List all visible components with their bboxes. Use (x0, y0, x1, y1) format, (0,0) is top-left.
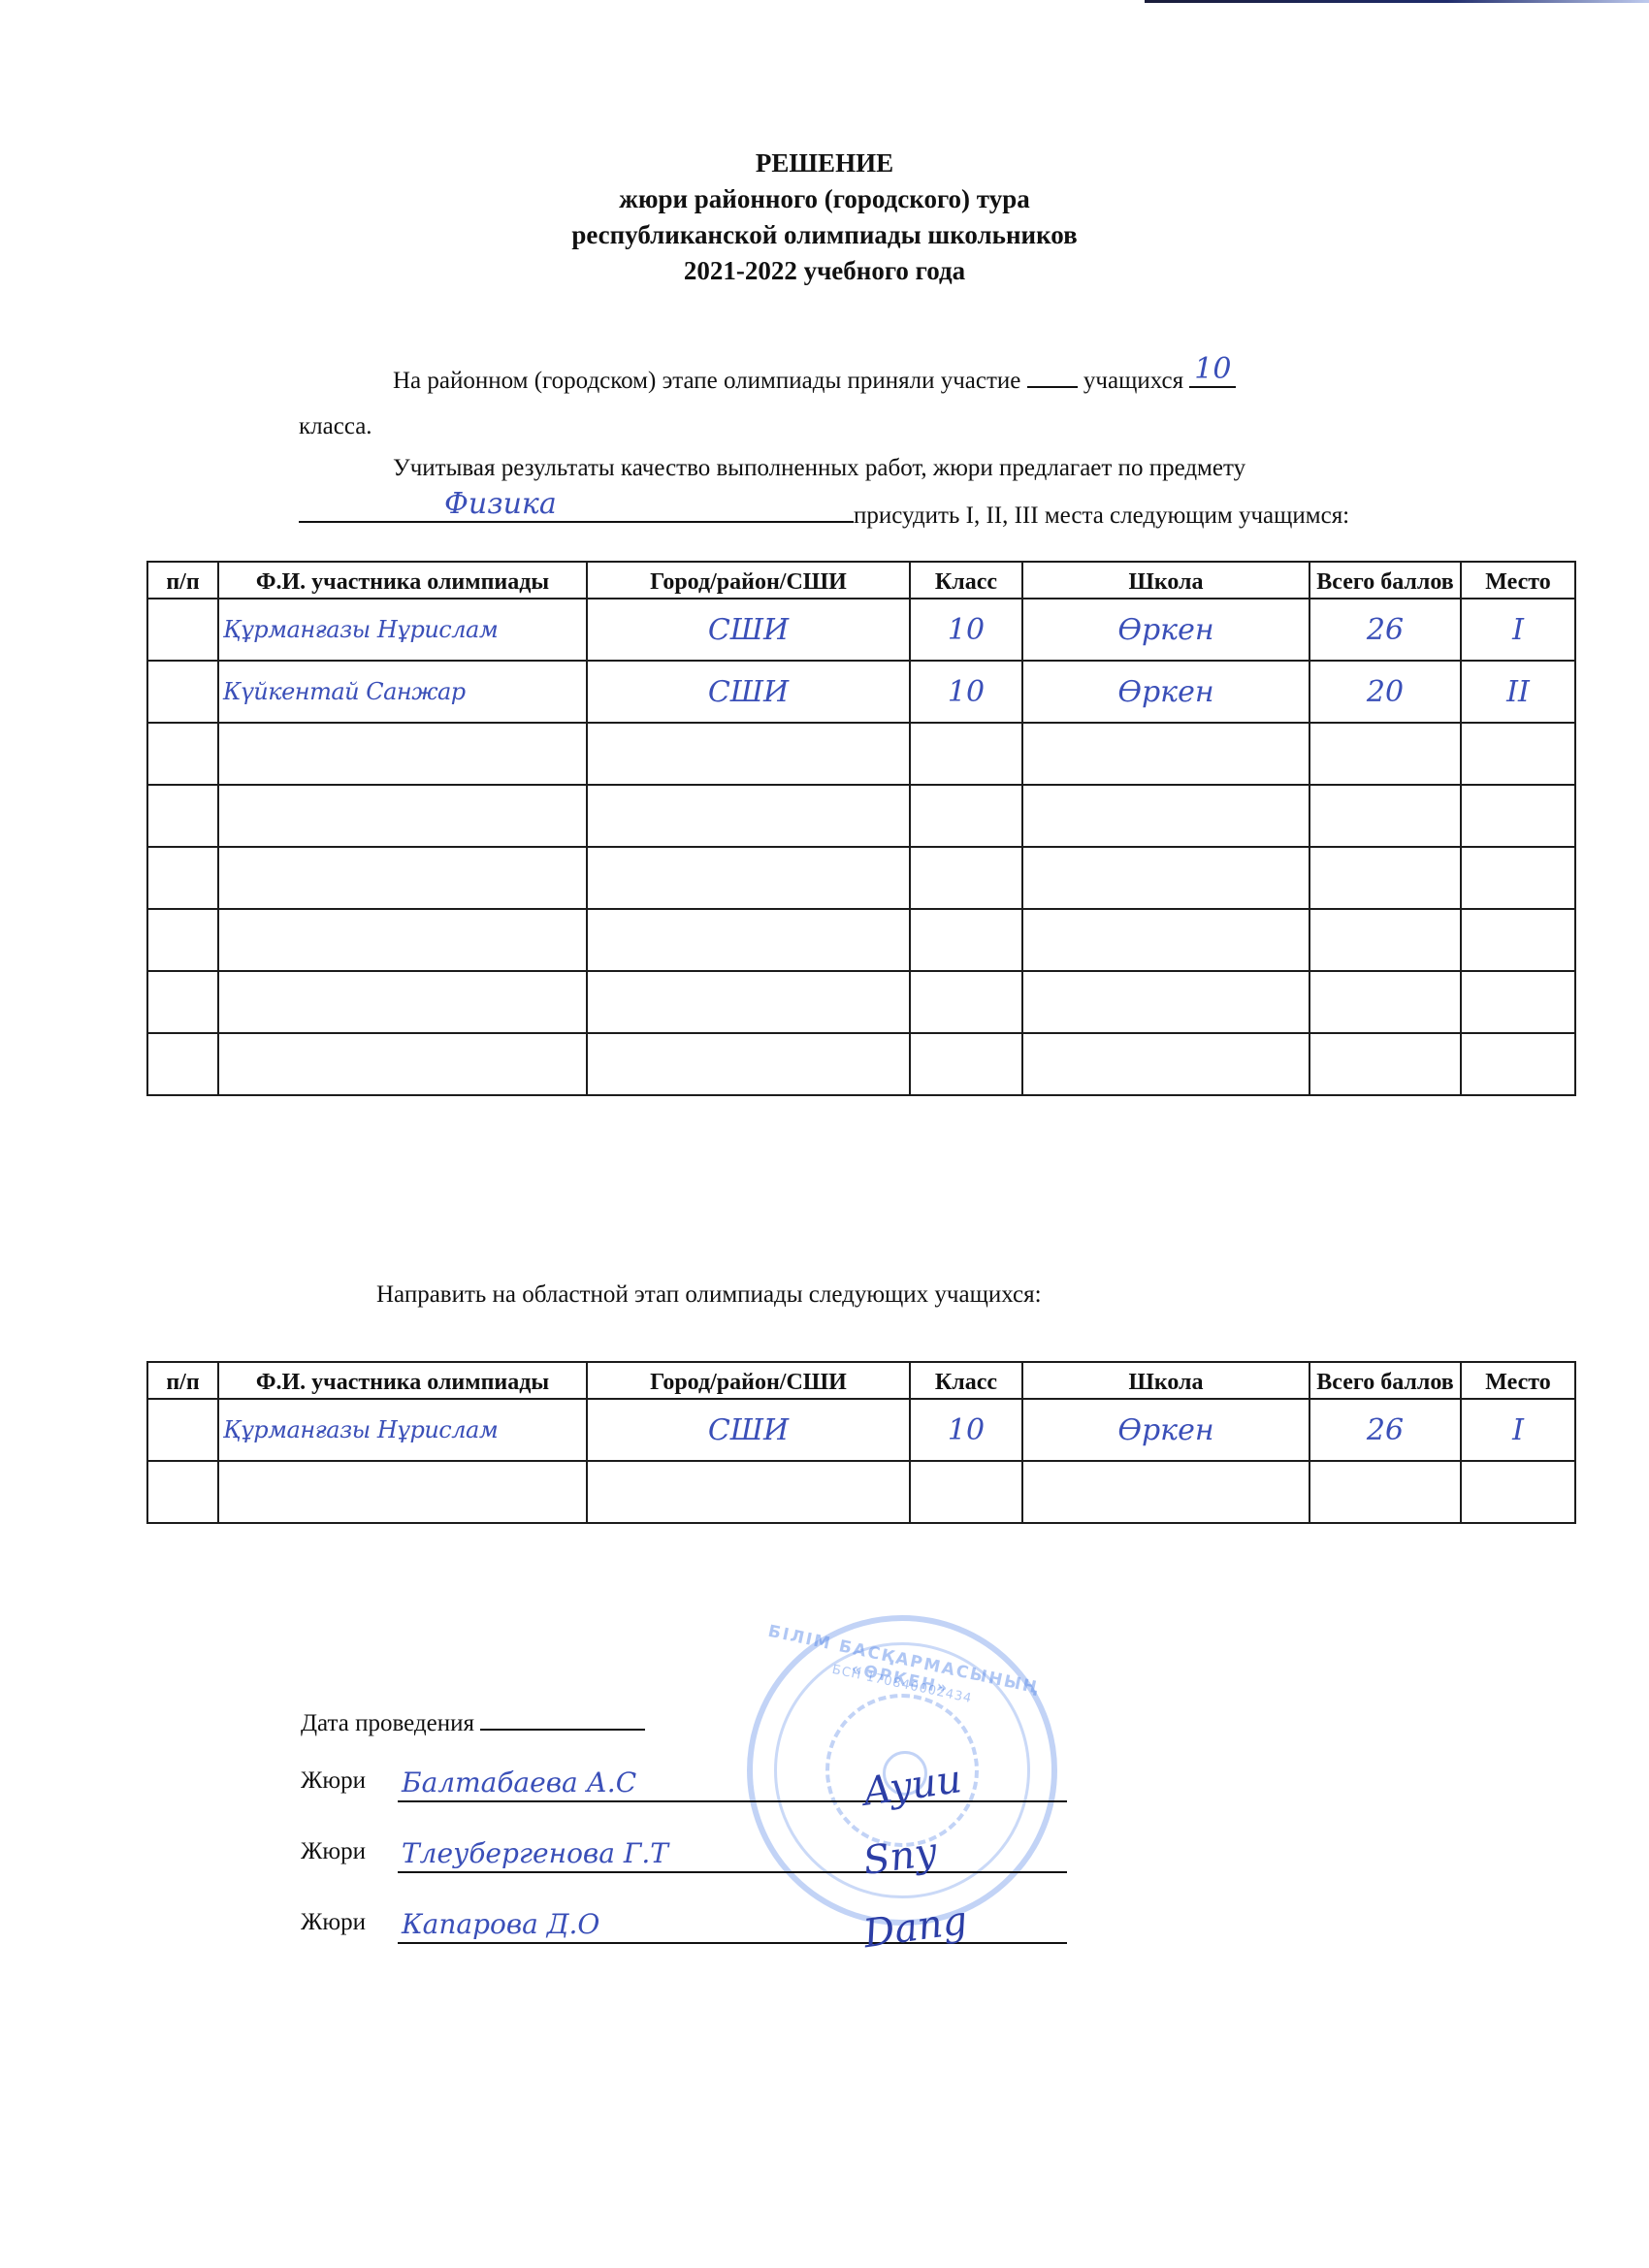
awards-cell-grade[interactable] (910, 785, 1022, 847)
regional-cell-place[interactable] (1461, 1461, 1575, 1523)
awards-cell-value: Өркен (1023, 675, 1309, 709)
regional-table-header: п/пФ.И. участника олимпиадыГород/район/С… (147, 1362, 1575, 1399)
regional-cell-city[interactable]: СШИ (587, 1399, 910, 1461)
awards-cell-num[interactable] (147, 785, 218, 847)
awards-cell-grade[interactable]: 10 (910, 661, 1022, 723)
awards-cell-value: 26 (1310, 613, 1460, 647)
subject-value: Физика (299, 490, 854, 519)
regional-cell-name[interactable]: Құрманғазы Нұрислам (218, 1399, 587, 1461)
awards-column-header-city: Город/район/СШИ (587, 562, 910, 599)
table-row: Құрманғазы НұрисламСШИ10Өркен26I (147, 599, 1575, 661)
table-row (147, 1033, 1575, 1095)
awards-cell-grade[interactable]: 10 (910, 599, 1022, 661)
awards-cell-num[interactable] (147, 1033, 218, 1095)
awards-column-header-place: Место (1461, 562, 1575, 599)
participants-count-field[interactable] (1027, 365, 1078, 388)
grade-value: 10 (1189, 355, 1236, 384)
jury-signature: Ayuu (860, 1757, 964, 1815)
jury-label: Жюри (301, 1838, 366, 1864)
awards-cell-place[interactable]: II (1461, 661, 1575, 723)
intro-text-participation: На районном (городском) этапе олимпиады … (393, 368, 1020, 394)
date-field[interactable] (480, 1707, 645, 1731)
awards-column-header-score: Всего баллов (1309, 562, 1461, 599)
awards-cell-school[interactable]: Өркен (1022, 661, 1309, 723)
subject-field[interactable]: Физика (299, 500, 854, 523)
awards-table-header: п/пФ.И. участника олимпиадыГород/район/С… (147, 562, 1575, 599)
table-row: Құрманғазы НұрисламСШИ10Өркен26I (147, 1399, 1575, 1461)
awards-cell-school[interactable] (1022, 971, 1309, 1033)
regional-column-header-name: Ф.И. участника олимпиады (218, 1362, 587, 1399)
scan-edge-artifact (1145, 0, 1649, 3)
awards-column-header-grade: Класс (910, 562, 1022, 599)
awards-cell-grade[interactable] (910, 723, 1022, 785)
regional-cell-value: Құрманғазы Нұрислам (219, 1416, 586, 1443)
awards-cell-school[interactable] (1022, 723, 1309, 785)
awards-cell-value: II (1462, 675, 1574, 709)
awards-cell-score[interactable]: 20 (1309, 661, 1461, 723)
awards-cell-place[interactable] (1461, 909, 1575, 971)
table-row (147, 1461, 1575, 1523)
awards-cell-score[interactable] (1309, 723, 1461, 785)
regional-column-header-place: Место (1461, 1362, 1575, 1399)
awards-cell-num[interactable] (147, 661, 218, 723)
awards-column-header-num: п/п (147, 562, 218, 599)
jury-member-name: Капарова Д.О (402, 1908, 599, 1940)
awards-cell-place[interactable] (1461, 971, 1575, 1033)
jury-signature-field[interactable]: Капарова Д.ОDang (398, 1909, 1067, 1944)
regional-cell-grade[interactable] (910, 1461, 1022, 1523)
awards-cell-num[interactable] (147, 599, 218, 661)
awards-cell-score[interactable] (1309, 847, 1461, 909)
jury-member-name: Балтабаева А.С (402, 1766, 636, 1798)
regional-cell-school[interactable] (1022, 1461, 1309, 1523)
awards-cell-city[interactable] (587, 723, 910, 785)
jury-label: Жюри (301, 1909, 366, 1935)
regional-column-header-num: п/п (147, 1362, 218, 1399)
regional-cell-school[interactable]: Өркен (1022, 1399, 1309, 1461)
table-row (147, 909, 1575, 971)
awards-cell-city[interactable] (587, 785, 910, 847)
document-header: РЕШЕНИЕ жюри районного (городского) тура… (0, 146, 1649, 289)
regional-column-header-city: Город/район/СШИ (587, 1362, 910, 1399)
regional-section-label: Направить на областной этап олимпиады сл… (376, 1280, 1042, 1310)
awards-cell-score[interactable] (1309, 1033, 1461, 1095)
awards-cell-grade[interactable] (910, 847, 1022, 909)
awards-cell-city[interactable] (587, 847, 910, 909)
regional-cell-city[interactable] (587, 1461, 910, 1523)
awards-cell-score[interactable] (1309, 909, 1461, 971)
awards-cell-value: 10 (911, 675, 1021, 709)
awards-cell-name[interactable] (218, 723, 587, 785)
regional-column-header-grade: Класс (910, 1362, 1022, 1399)
grade-field[interactable]: 10 (1189, 365, 1236, 388)
awards-cell-place[interactable] (1461, 785, 1575, 847)
regional-cell-value: 26 (1310, 1413, 1460, 1447)
regional-cell-value: I (1462, 1413, 1574, 1447)
date-row: Дата проведения (301, 1707, 645, 1746)
regional-cell-place[interactable]: I (1461, 1399, 1575, 1461)
regional-cell-value: 10 (911, 1413, 1021, 1447)
awards-cell-score[interactable] (1309, 785, 1461, 847)
awards-cell-name[interactable] (218, 971, 587, 1033)
awards-cell-value: 20 (1310, 675, 1460, 709)
awards-cell-city[interactable]: СШИ (587, 661, 910, 723)
table-row: Күйкентай СанжарСШИ10Өркен20II (147, 661, 1575, 723)
jury-row: ЖюриКапарова Д.ОDang (301, 1909, 366, 1948)
awards-cell-score[interactable]: 26 (1309, 599, 1461, 661)
awards-cell-grade[interactable] (910, 909, 1022, 971)
regional-cell-value: Өркен (1023, 1413, 1309, 1447)
awards-cell-place[interactable] (1461, 723, 1575, 785)
awards-cell-city[interactable] (587, 1033, 910, 1095)
awards-cell-school[interactable]: Өркен (1022, 599, 1309, 661)
awards-cell-score[interactable] (1309, 971, 1461, 1033)
regional-cell-value: СШИ (588, 1413, 909, 1447)
awards-cell-name[interactable] (218, 1033, 587, 1095)
awards-column-header-school: Школа (1022, 562, 1309, 599)
regional-cell-score[interactable]: 26 (1309, 1399, 1461, 1461)
awards-cell-city[interactable] (587, 971, 910, 1033)
document-subtitle-1: жюри районного (городского) тура (0, 181, 1649, 217)
awards-cell-value: I (1462, 613, 1574, 647)
jury-signature: Sny (860, 1830, 939, 1884)
awards-cell-grade[interactable] (910, 971, 1022, 1033)
awards-cell-num[interactable] (147, 723, 218, 785)
jury-member-name: Тлеубергенова Г.Т (402, 1837, 668, 1869)
table-row (147, 971, 1575, 1033)
intro-line-2: класса. (299, 412, 372, 441)
awards-cell-school[interactable] (1022, 1033, 1309, 1095)
jury-row: ЖюриБалтабаева А.СAyuu (301, 1767, 366, 1806)
document-title: РЕШЕНИЕ (0, 146, 1649, 181)
awards-column-header-name: Ф.И. участника олимпиады (218, 562, 587, 599)
awards-cell-place[interactable]: I (1461, 599, 1575, 661)
regional-cell-num[interactable] (147, 1399, 218, 1461)
jury-row: ЖюриТлеубергенова Г.ТSny (301, 1838, 366, 1877)
regional-table-body: Құрманғазы НұрисламСШИ10Өркен26I (147, 1399, 1575, 1523)
regional-cell-name[interactable] (218, 1461, 587, 1523)
awards-cell-name[interactable]: Күйкентай Санжар (218, 661, 587, 723)
stamp-bin-text: БСН 170840002434 (755, 1646, 1050, 1723)
awards-cell-name[interactable] (218, 847, 587, 909)
awards-cell-place[interactable] (1461, 1033, 1575, 1095)
regional-column-header-score: Всего баллов (1309, 1362, 1461, 1399)
regional-cell-grade[interactable]: 10 (910, 1399, 1022, 1461)
regional-cell-num[interactable] (147, 1461, 218, 1523)
awards-cell-city[interactable] (587, 909, 910, 971)
regional-table: п/пФ.И. участника олимпиадыГород/район/С… (146, 1361, 1576, 1524)
intro-line-4: Физикаприсудить I, II, III места следующ… (299, 500, 1349, 531)
intro-line-3: Учитывая результаты качество выполненных… (393, 454, 1245, 483)
awards-cell-place[interactable] (1461, 847, 1575, 909)
awards-cell-num[interactable] (147, 847, 218, 909)
awards-cell-name[interactable] (218, 785, 587, 847)
awards-cell-school[interactable] (1022, 785, 1309, 847)
awards-cell-value: Құрманғазы Нұрислам (219, 616, 586, 643)
awards-cell-value: 10 (911, 613, 1021, 647)
awards-cell-num[interactable] (147, 971, 218, 1033)
stamp-ring-text: БІЛІМ БАСҚАРМАСЫНЫҢ «ӨРКЕН» (752, 1619, 1052, 1719)
awards-cell-num[interactable] (147, 909, 218, 971)
awards-table-body: Құрманғазы НұрисламСШИ10Өркен26IКүйкента… (147, 599, 1575, 1095)
document-subtitle-3: 2021-2022 учебного года (0, 253, 1649, 289)
table-row (147, 785, 1575, 847)
awards-cell-value: Күйкентай Санжар (219, 678, 586, 705)
awards-cell-grade[interactable] (910, 1033, 1022, 1095)
regional-column-header-school: Школа (1022, 1362, 1309, 1399)
awards-cell-school[interactable] (1022, 909, 1309, 971)
awards-cell-name[interactable] (218, 909, 587, 971)
awards-cell-school[interactable] (1022, 847, 1309, 909)
date-label: Дата проведения (301, 1710, 474, 1736)
jury-label: Жюри (301, 1767, 366, 1794)
table-row (147, 847, 1575, 909)
jury-signature-field[interactable]: Балтабаева А.СAyuu (398, 1767, 1067, 1802)
intro-text-students: учащихся (1083, 368, 1183, 394)
awards-cell-name[interactable]: Құрманғазы Нұрислам (218, 599, 587, 661)
document-subtitle-2: республиканской олимпиады школьников (0, 217, 1649, 253)
jury-signature: Dang (860, 1898, 970, 1957)
intro-line-1: На районном (городском) этапе олимпиады … (393, 365, 1236, 396)
awards-cell-value: СШИ (588, 613, 909, 647)
regional-cell-score[interactable] (1309, 1461, 1461, 1523)
table-row (147, 723, 1575, 785)
awards-cell-value: Өркен (1023, 613, 1309, 647)
intro-text-award: присудить I, II, III места следующим уча… (854, 502, 1349, 529)
awards-cell-value: СШИ (588, 675, 909, 709)
awards-table: п/пФ.И. участника олимпиадыГород/район/С… (146, 561, 1576, 1096)
jury-signature-field[interactable]: Тлеубергенова Г.ТSny (398, 1838, 1067, 1873)
awards-cell-city[interactable]: СШИ (587, 599, 910, 661)
